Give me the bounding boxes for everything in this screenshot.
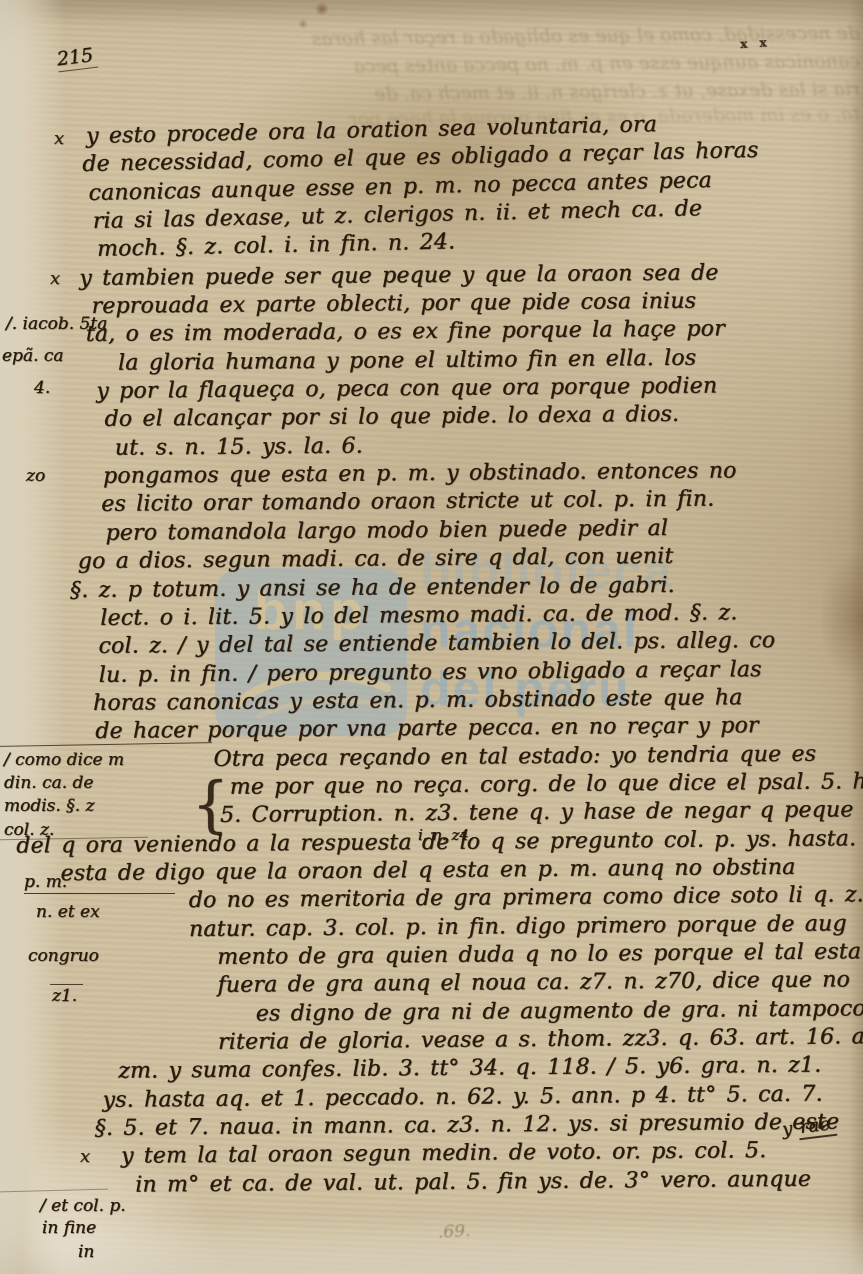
margin-note-citation: /. iacob. 5ta: [6, 314, 107, 334]
folio-number: 215: [56, 44, 99, 73]
margin-note-citation: congruo: [28, 946, 99, 966]
margin-note-citation: p. m.: [24, 872, 175, 894]
margin-note-number: zo: [26, 466, 45, 486]
margin-note-citation: col. z.: [4, 820, 54, 840]
paragraph-mark: x: [80, 1146, 90, 1167]
margin-note-citation: 4.: [34, 378, 50, 398]
margin-note-citation: in fine: [42, 1218, 96, 1238]
text-line: in m° et ca. de val. ut. pal. 5. fin ys.…: [135, 1166, 857, 1201]
bleedthrough-line: canonicas aunque esse en p. m. no pecca …: [104, 50, 860, 80]
margin-note-citation: epã. ca: [2, 346, 64, 366]
catchword-text: rae: [797, 1113, 838, 1140]
margin-note-citation: in: [78, 1242, 94, 1262]
bleedthrough-scribble: .69.: [437, 1221, 470, 1243]
paragraph-mark: x: [54, 128, 64, 149]
margin-note-number: z1.: [50, 984, 83, 1006]
margin-rule: [0, 1189, 108, 1193]
margin-note-citation: / et col. p.: [40, 1196, 126, 1216]
margin-note-citation: modis. §. z: [4, 796, 94, 816]
main-text-block: y esto procede ora la oration sea volunt…: [86, 117, 857, 1201]
manuscript-page: de necessidad, como el que es obligado a…: [0, 0, 863, 1274]
interlinear-insert-note: i. n. z4.: [418, 826, 474, 844]
corner-marks: x x: [740, 35, 771, 51]
margin-note-citation: n. et ex: [36, 902, 100, 922]
margin-note-citation: din. ca. de: [4, 773, 93, 793]
margin-note-citation: / como dice m: [4, 750, 124, 770]
paragraph-mark: x: [50, 268, 60, 289]
margin-brace: {: [192, 768, 229, 839]
catchword-mark: y: [781, 1118, 794, 1140]
